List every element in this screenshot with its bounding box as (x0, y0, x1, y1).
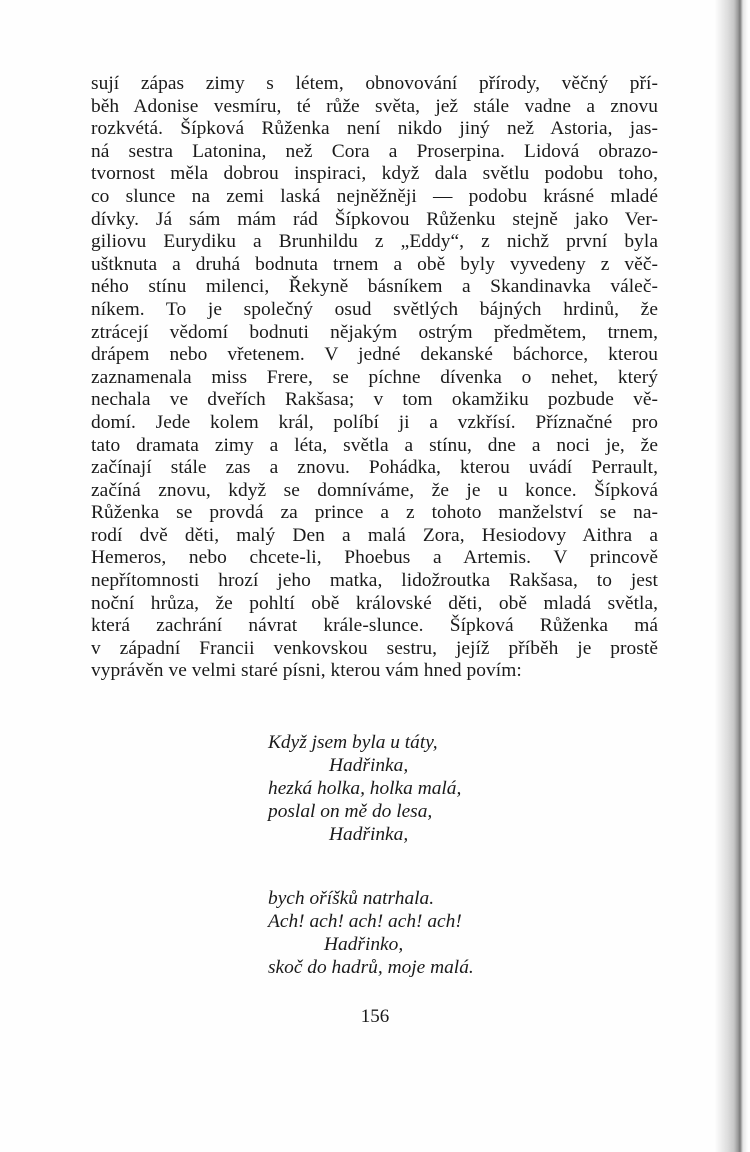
poem-line: hezká holka, holka malá, (268, 777, 568, 800)
poem-refrain-line: Hadřinka, (268, 823, 568, 846)
page-number: 156 (355, 1006, 395, 1028)
poem-refrain-line: Hadřinka, (268, 754, 568, 777)
prose-paragraph: sují zápas zimy s létem, obnovování přír… (91, 73, 658, 683)
prose-line: nepřítomnosti hrozí jeho matka, lidožrou… (91, 570, 658, 593)
prose-line: Růženka se provdá za prince a z tohoto m… (91, 502, 658, 525)
prose-line: rodí dvě děti, malý Den a malá Zora, Hes… (91, 525, 658, 548)
prose-line: dívky. Já sám mám rád Šípkovou Růženku s… (91, 209, 658, 232)
poem-line: Ach! ach! ach! ach! ach! (268, 910, 568, 933)
poem-line: Když jsem byla u táty, (268, 731, 568, 754)
prose-line: noční hrůza, že pohltí obě královské dět… (91, 593, 658, 616)
prose-line: sují zápas zimy s létem, obnovování přír… (91, 73, 658, 96)
prose-line: běh Adonise vesmíru, té růže světa, jež … (91, 96, 658, 119)
poem-line: bych oříšků natrhala. (268, 887, 568, 910)
prose-line: která zachrání návrat krále-slunce. Šípk… (91, 615, 658, 638)
poem-line: poslal on mě do lesa, (268, 800, 568, 823)
poem-line: skoč do hadrů, moje malá. (268, 956, 568, 979)
prose-line: ztrácejí vědomí bodnuti nějakým ostrým p… (91, 322, 658, 345)
prose-line: ná sestra Latonina, než Cora a Proserpin… (91, 141, 658, 164)
prose-line: giliovu Eurydiku a Brunhildu z „Eddy“, z… (91, 231, 658, 254)
prose-line: začínají stále zas a znovu. Pohádka, kte… (91, 457, 658, 480)
poem-refrain-line: Hadřinko, (268, 933, 568, 956)
prose-line: uštknuta a druhá bodnuta trnem a obě byl… (91, 254, 658, 277)
prose-line: drápem nebo vřetenem. V jedné dekanské b… (91, 344, 658, 367)
poem-stanza-2: bych oříšků natrhala. Ach! ach! ach! ach… (268, 887, 568, 979)
poem-stanza-1: Když jsem byla u táty, Hadřinka, hezká h… (268, 731, 568, 846)
prose-line: rozkvétá. Šípková Růženka není nikdo jin… (91, 118, 658, 141)
prose-line: Hemeros, nebo chcete-li, Phoebus a Artem… (91, 547, 658, 570)
prose-line: tvornost měla dobrou inspiraci, když dal… (91, 163, 658, 186)
prose-line: zaznamenala miss Frere, se píchne dívenk… (91, 367, 658, 390)
page-binding-edge (714, 0, 750, 1152)
prose-line-last: vyprávěn ve velmi staré písni, kterou vá… (91, 660, 658, 683)
prose-line: začíná znovu, když se domníváme, že je u… (91, 480, 658, 503)
stanza-gap (268, 846, 568, 887)
poem: Když jsem byla u táty, Hadřinka, hezká h… (268, 731, 568, 979)
prose-line: níkem. To je společný osud světlých bájn… (91, 299, 658, 322)
prose-line: nechala ve dveřích Rakšasa; v tom okamži… (91, 389, 658, 412)
prose-line: co slunce na zemi laská nejněžněji — pod… (91, 186, 658, 209)
book-page: sují zápas zimy s létem, obnovování přír… (0, 0, 750, 1152)
prose-line: ného stínu milenci, Řekyně básníkem a Sk… (91, 276, 658, 299)
prose-line: v západní Francii venkovskou sestru, jej… (91, 638, 658, 661)
prose-line: domí. Jede kolem král, políbí ji a vzkří… (91, 412, 658, 435)
prose-line: tato dramata zimy a léta, světla a stínu… (91, 435, 658, 458)
